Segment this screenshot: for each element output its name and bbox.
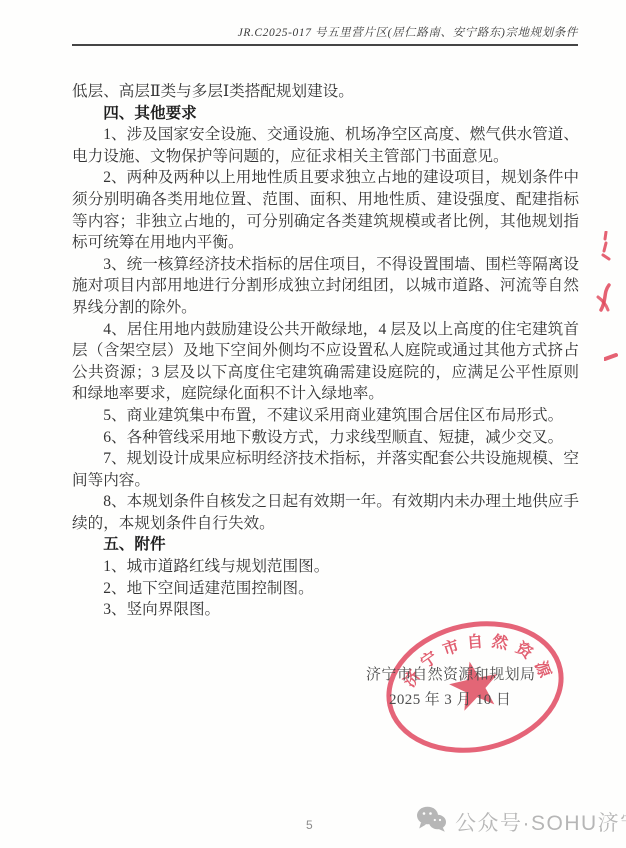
other-requirements-item-2: 2、两种及两种以上用地性质且要求独立占地的建设项目，规划条件中须分别明确各类用地…: [72, 167, 579, 253]
signature-issuer: 济宁市自然资源和规划局: [366, 663, 535, 684]
footer-badge: 公众号·SOHU济宁: [416, 806, 626, 838]
other-requirements-item-6: 6、各种管线采用地下敷设方式，力求线型顺直、短捷，减少交叉。: [72, 427, 579, 449]
red-ink-fragment-icon: [595, 283, 613, 318]
other-requirements-item-1: 1、涉及国家安全设施、交通设施、机场净空区高度、燃气供水管道、电力设施、文物保护…: [72, 124, 579, 167]
official-seal-stamp-icon: 济宁市自然资源和规划局: [369, 599, 582, 775]
section-heading-other-requirements: 四、其他要求: [72, 103, 579, 125]
other-requirements-item-3: 3、统一核算经济技术指标的居住项目，不得设置围墙、围栏等隔离设施对项目内部用地进…: [72, 254, 579, 319]
wechat-icon: [416, 806, 447, 838]
header-rule: [72, 44, 578, 46]
red-ink-fragment-icon: [600, 231, 612, 266]
document-page: JR.C2025-017 号五里营片区(居仁路南、安宁路东)宗地规划条件 低层、…: [0, 0, 626, 848]
document-body: 低层、高层Ⅱ类与多层Ⅰ类搭配规划建设。 四、其他要求 1、涉及国家安全设施、交通…: [72, 81, 579, 621]
other-requirements-item-8: 8、本规划条件自核发之日起有效期一年。有效期内未办理土地供应手续的，本规划条件自…: [72, 491, 579, 534]
section-heading-attachments: 五、附件: [72, 534, 579, 556]
page-number: 5: [306, 818, 313, 832]
header-doc-ref: JR.C2025-017 号五里营片区(居仁路南、安宁路东)宗地规划条件: [238, 24, 578, 40]
other-requirements-item-5: 5、商业建筑集中布置，不建议采用商业建筑围合居住区布局形式。: [72, 405, 579, 427]
attachments-item-2: 2、地下空间适建范围控制图。: [72, 578, 579, 600]
footer-badge-text: 公众号·SOHU济宁: [455, 807, 626, 837]
red-ink-fragment-icon: [604, 350, 618, 368]
signature-date: 2025 年 3 月 10 日: [389, 688, 511, 709]
other-requirements-item-7: 7、规划设计成果应标明经济技术指标，并落实配套公共设施规模、空间等内容。: [72, 448, 579, 491]
other-requirements-item-4: 4、居住用地内鼓励建设公共开敞绿地，4 层及以上高度的住宅建筑首层（含架空层）及…: [72, 319, 579, 405]
paragraph-carryover: 低层、高层Ⅱ类与多层Ⅰ类搭配规划建设。: [72, 81, 579, 103]
attachments-item-1: 1、城市道路红线与规划范围图。: [72, 556, 579, 578]
